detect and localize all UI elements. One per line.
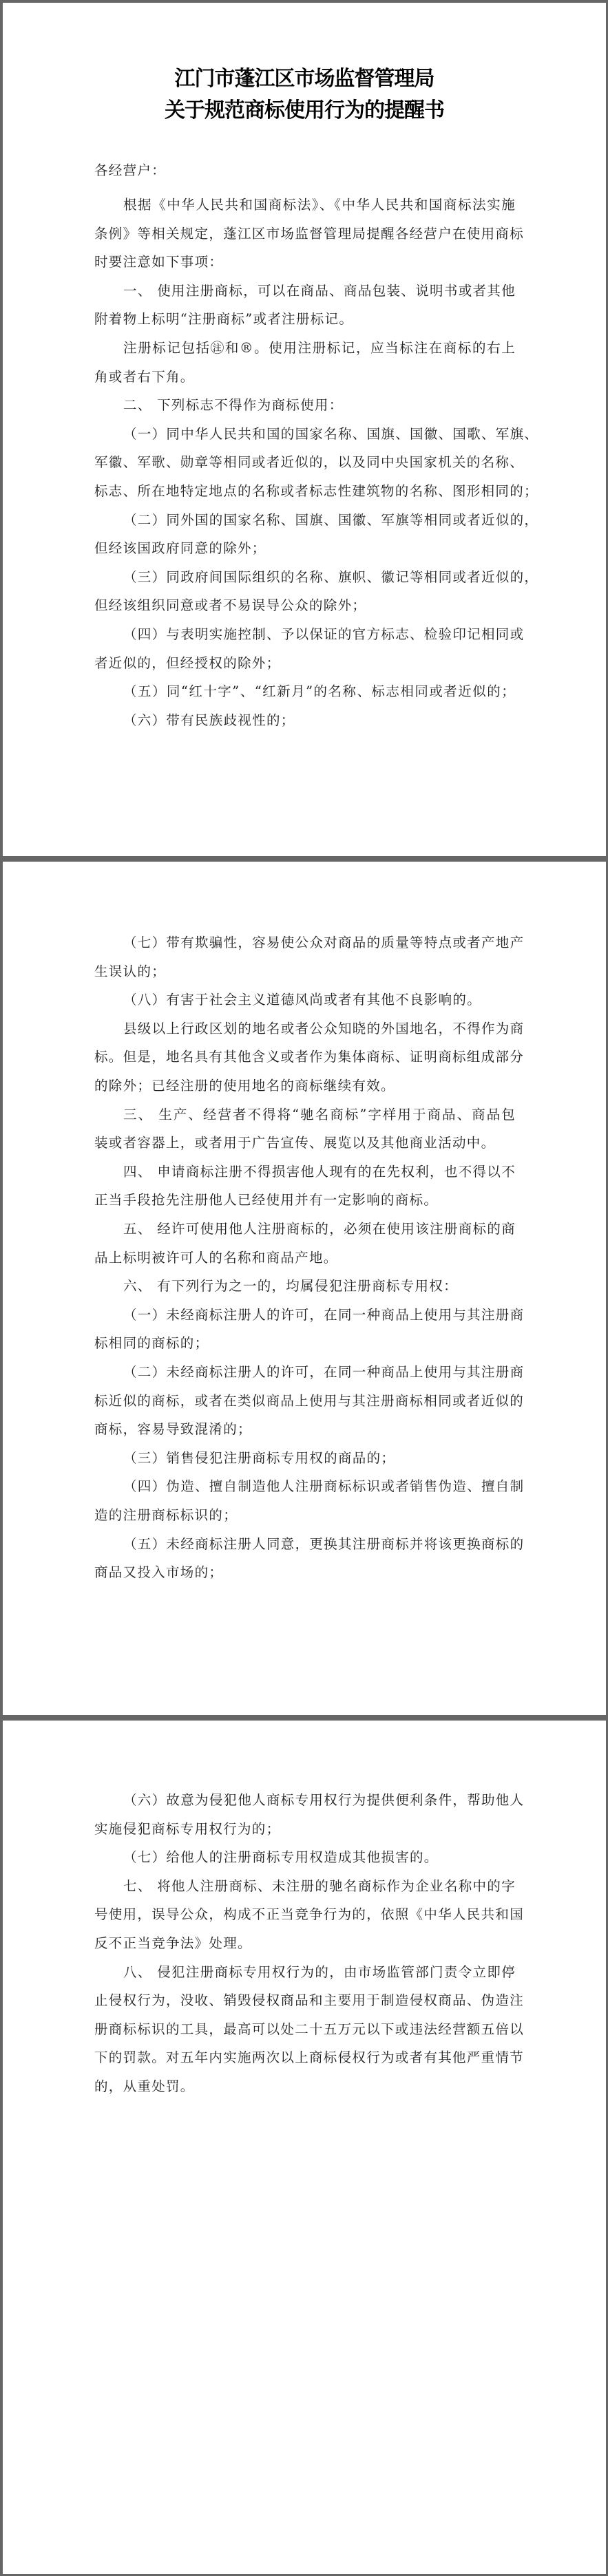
paragraph-line: （一）同中华人民共和国的国家名称、国旗、国徽、国歌、军旗、 [123,426,516,443]
paragraph-line: 商品又投入市场的； [94,1564,516,1581]
paragraph-line: 装或者容器上，或者用于广告宣传、展览以及其他商业活动中。 [94,1135,516,1151]
document-page-3: （六）故意为侵犯他人商标专用权行为提供便利条件，帮助他人实施侵犯商标专用权行为的… [3,1721,606,2574]
paragraph-line: 的除外；已经注册的使用地名的商标继续有效。 [94,1078,516,1094]
paragraph-line: 号使用，误导公众，构成不正当竞争行为的，依照《中华人民共和国 [94,1906,516,1923]
paragraph-line: （三）同政府间国际组织的名称、旗帜、徽记等相同或者近似的， [123,569,516,586]
paragraph-line: 商标，容易导致混淆的； [94,1421,516,1438]
paragraph-line: 的，从重处罚。 [94,2078,516,2095]
paragraph-line: 品上标明被许可人的名称和商品产地。 [94,1250,516,1266]
paragraph-line: 角或者右下角。 [94,369,516,385]
paragraph-line: 条例》等相关规定，蓬江区市场监督管理局提醒各经营户在使用商标 [94,226,516,242]
paragraph-line: 军徽、军歌、勋章等相同或者近似的，以及同中央国家机关的名称、 [94,454,516,471]
paragraph-line: 一、 使用注册商标，可以在商品、商品包装、说明书或者其他 [123,283,516,299]
paragraph-line: （一）未经商标注册人的许可，在同一种商品上使用与其注册商 [123,1307,516,1323]
paragraph-line: 标志、所在地特定地点的名称或者标志性建筑物的名称、图形相同的； [94,483,516,500]
paragraph-line: 反不正当竞争法》处理。 [94,1935,516,1952]
paragraph-line: 五、 经许可使用他人注册商标的，必须在使用该注册商标的商 [123,1221,516,1237]
paragraph-line: 二、 下列标志不得作为商标使用： [123,397,516,414]
paragraph-line: （七）带有欺骗性，容易使公众对商品的质量等特点或者产地产 [123,935,516,951]
paragraph-line: 县级以上行政区划的地名或者公众知晓的外国地名，不得作为商 [123,1021,516,1037]
paragraph-line: 八、 侵犯注册商标专用权行为的，由市场监管部门责令立即停 [123,1964,516,1981]
paragraph-line: 六、 有下列行为之一的，均属侵犯注册商标专用权： [123,1278,516,1295]
paragraph-line: 造的注册商标标识的； [94,1507,516,1524]
paragraph-line: 附着物上标明“注册商标”或者注册标记。 [94,311,516,328]
paragraph-line: 册商标标识的工具，最高可以处二十五万元以下或违法经营额五倍以 [94,2021,516,2038]
paragraph-line: 四、 申请商标注册不得损害他人现有的在先权利，也不得以不 [123,1164,516,1180]
paragraph-line: 下的罚款。对五年内实施两次以上商标侵权行为或者有其他严重情节 [94,2050,516,2066]
salutation: 各经营户： [94,162,516,179]
paragraph-line: 七、 将他人注册商标、未注册的驰名商标作为企业名称中的字 [123,1878,516,1895]
document-title-line-2: 关于规范商标使用行为的提醒书 [3,95,606,127]
paragraph-line: （三）销售侵犯注册商标专用权的商品的； [123,1450,516,1467]
document-page-1: 江门市蓬江区市场监督管理局 关于规范商标使用行为的提醒书 各经营户： 根据《中华… [3,3,606,856]
paragraph-line: 止侵权行为，没收、销毁侵权商品和主要用于制造侵权商品、伪造注 [94,1992,516,2009]
paragraph-line: 正当手段抢先注册他人已经使用并有一定影响的商标。 [94,1192,516,1209]
paragraph-line: （六）故意为侵犯他人商标专用权行为提供便利条件，帮助他人 [123,1792,516,1809]
paragraph-line: 标相同的商标的； [94,1335,516,1352]
paragraph-line: 时要注意如下事项： [94,254,516,270]
paragraph-line: （二）未经商标注册人的许可，在同一种商品上使用与其注册商 [123,1364,516,1381]
paragraph-line: 注册标记包括㊟和®。使用注册标记，应当标注在商标的右上 [123,340,516,356]
paragraph-line: （五）未经商标注册人同意，更换其注册商标并将该更换商标的 [123,1536,516,1553]
paragraph-line: 但经该国政府同意的除外； [94,540,516,557]
paragraph-line: （五）同“红十字”、“红新月”的名称、标志相同或者近似的； [123,683,516,700]
paragraph-line: 生误认的； [94,964,516,980]
paragraph-line: （二）同外国的国家名称、国旗、国徽、军旗等相同或者近似的， [123,512,516,529]
paragraph-line: （六）带有民族歧视性的； [123,712,516,729]
paragraph-line: 但经该组织同意或者不易误导公众的除外； [94,597,516,614]
paragraph-line: 实施侵犯商标专用权行为的； [94,1821,516,1838]
paragraph-line: （四）与表明实施控制、予以保证的官方标志、检验印记相同或 [123,626,516,643]
paragraph-line: （四）伪造、擅自制造他人注册商标标识或者销售伪造、擅自制 [123,1478,516,1495]
paragraph-line: 三、 生产、经营者不得将“驰名商标”字样用于商品、商品包 [123,1107,516,1123]
paragraph-line: 者近似的，但经授权的除外； [94,655,516,672]
paragraph-line: 标。但是，地名具有其他含义或者作为集体商标、证明商标组成部分 [94,1049,516,1065]
document-title-line-1: 江门市蓬江区市场监督管理局 [3,63,606,95]
paragraph-line: （八）有害于社会主义道德风尚或者有其他不良影响的。 [123,992,516,1008]
document-page-2: （七）带有欺骗性，容易使公众对商品的质量等特点或者产地产生误认的；（八）有害于社… [3,862,606,1715]
paragraph-line: 根据《中华人民共和国商标法》、《中华人民共和国商标法实施 [123,197,516,213]
paragraph-line: 标近似的商标，或者在类似商品上使用与其注册商标相同或者近似的 [94,1393,516,1409]
paragraph-line: （七）给他人的注册商标专用权造成其他损害的。 [123,1849,516,1866]
